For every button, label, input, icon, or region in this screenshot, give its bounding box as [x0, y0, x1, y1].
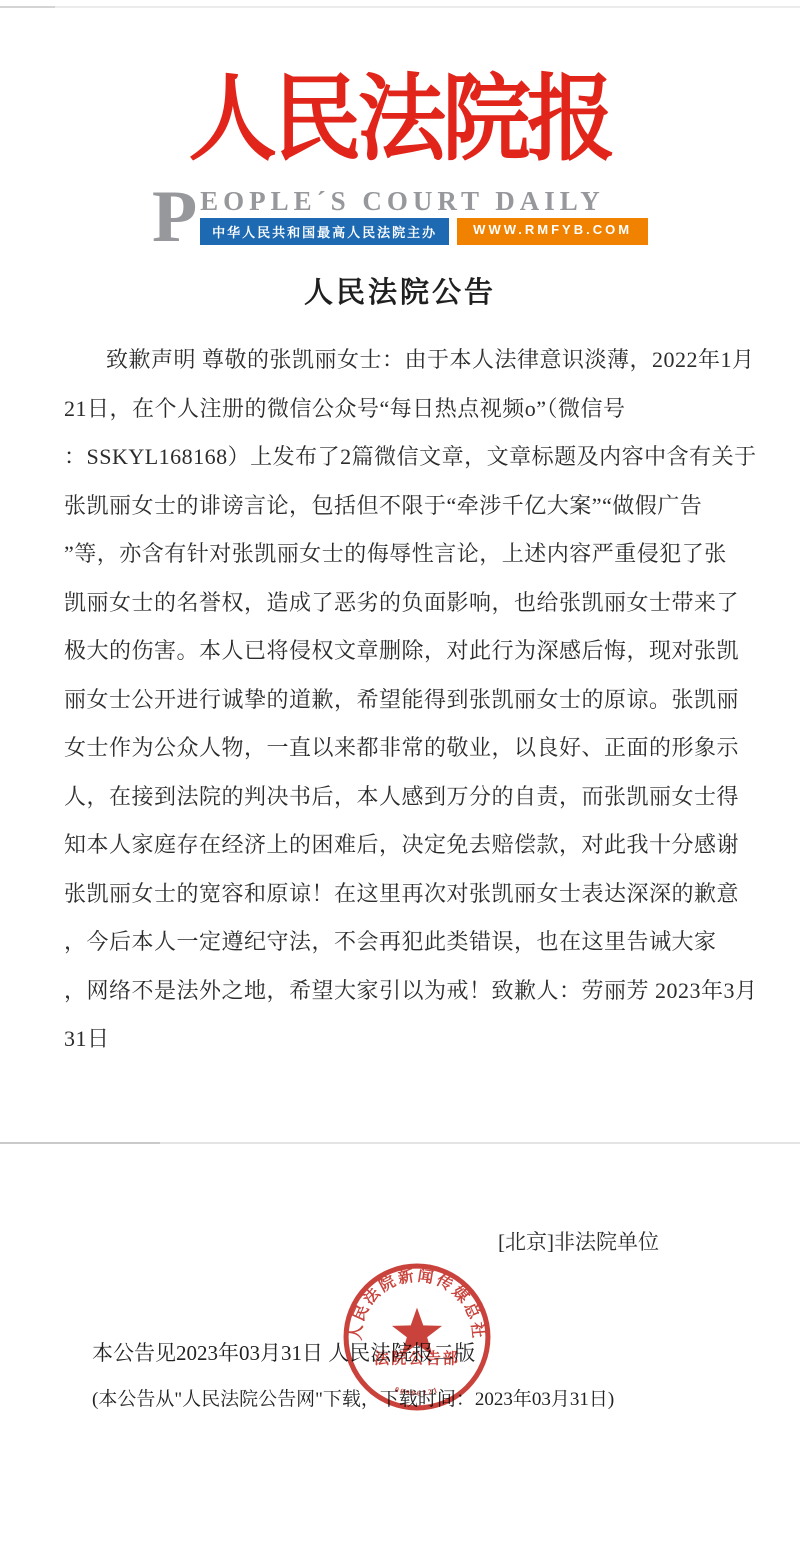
section-divider-line: [0, 1142, 800, 1144]
body-line: 21日，在个人注册的微信公众号“每日热点视频o”（微信号: [64, 385, 736, 434]
website-url-banner: WWW.RMFYB.COM: [457, 218, 648, 245]
svg-text:00996221: 00996221: [394, 1385, 441, 1398]
body-line: 31日: [64, 1015, 736, 1064]
logo-dropcap-p: P: [152, 188, 197, 246]
body-line: 凯丽女士的名誉权，造成了恶劣的负面影响，也给张凯丽女士带来了: [64, 579, 736, 628]
newspaper-logo-chinese: 人民法院报: [24, 60, 776, 180]
court-announcement-page: 人民法院报 P EOPLE´S COURT DAILY 中华人民共和国最高人民法…: [0, 0, 800, 1542]
logo-english-block: EOPLE´S COURT DAILY 中华人民共和国最高人民法院主办 WWW.…: [200, 188, 648, 245]
body-line: ，网络不是法外之地，希望大家引以为戒！致歉人：劳丽芳 2023年3月: [64, 967, 736, 1016]
body-line: ：SSKYL168168）上发布了2篇微信文章，文章标题及内容中含有关于: [64, 433, 736, 482]
body-line: 丽女士公开进行诚挚的道歉，希望能得到张凯丽女士的原谅。张凯丽: [64, 676, 736, 725]
top-divider-line: [0, 6, 800, 8]
body-line: 知本人家庭存在经济上的困难后，决定免去赔偿款，对此我十分感谢: [64, 821, 736, 870]
announcement-title: 人民法院公告: [0, 270, 800, 311]
newspaper-logo-english-row: P EOPLE´S COURT DAILY 中华人民共和国最高人民法院主办 WW…: [0, 188, 800, 246]
body-line: 张凯丽女士的宽容和原谅！在这里再次对张凯丽女士表达深深的歉意: [64, 870, 736, 919]
newspaper-logo-english: EOPLE´S COURT DAILY: [200, 188, 648, 215]
host-organization-banner: 中华人民共和国最高人民法院主办: [200, 218, 449, 245]
body-line: 致歉声明 尊敬的张凯丽女士：由于本人法律意识淡薄，2022年1月: [64, 336, 736, 385]
official-seal-stamp: 人民法院新闻传媒总社 法院公告部 00996221: [341, 1261, 493, 1413]
announcement-body: 致歉声明 尊敬的张凯丽女士：由于本人法律意识淡薄，2022年1月 21日，在个人…: [64, 336, 736, 1064]
body-line: 极大的伤害。本人已将侵权文章删除，对此行为深感后悔，现对张凯: [64, 627, 736, 676]
body-line: ，今后本人一定遵纪守法，不会再犯此类错误，也在这里告诫大家: [64, 918, 736, 967]
seal-serial-number: 00996221: [394, 1385, 441, 1398]
issuing-unit-label: [北京]非法院单位: [498, 1226, 659, 1256]
body-line: 女士作为公众人物，一直以来都非常的敬业，以良好、正面的形象示: [64, 724, 736, 773]
body-line: ”等，亦含有针对张凯丽女士的侮辱性言论，上述内容严重侵犯了张: [64, 530, 736, 579]
body-line: 人，在接到法院的判决书后，本人感到万分的自责，而张凯丽女士得: [64, 773, 736, 822]
seal-star-icon: [392, 1308, 442, 1356]
seal-department-text: 法院公告部: [374, 1349, 460, 1367]
body-line: 张凯丽女士的诽谤言论，包括但不限于“牵涉千亿大案”“做假广告: [64, 482, 736, 531]
masthead-banner-row: 中华人民共和国最高人民法院主办 WWW.RMFYB.COM: [200, 218, 648, 245]
